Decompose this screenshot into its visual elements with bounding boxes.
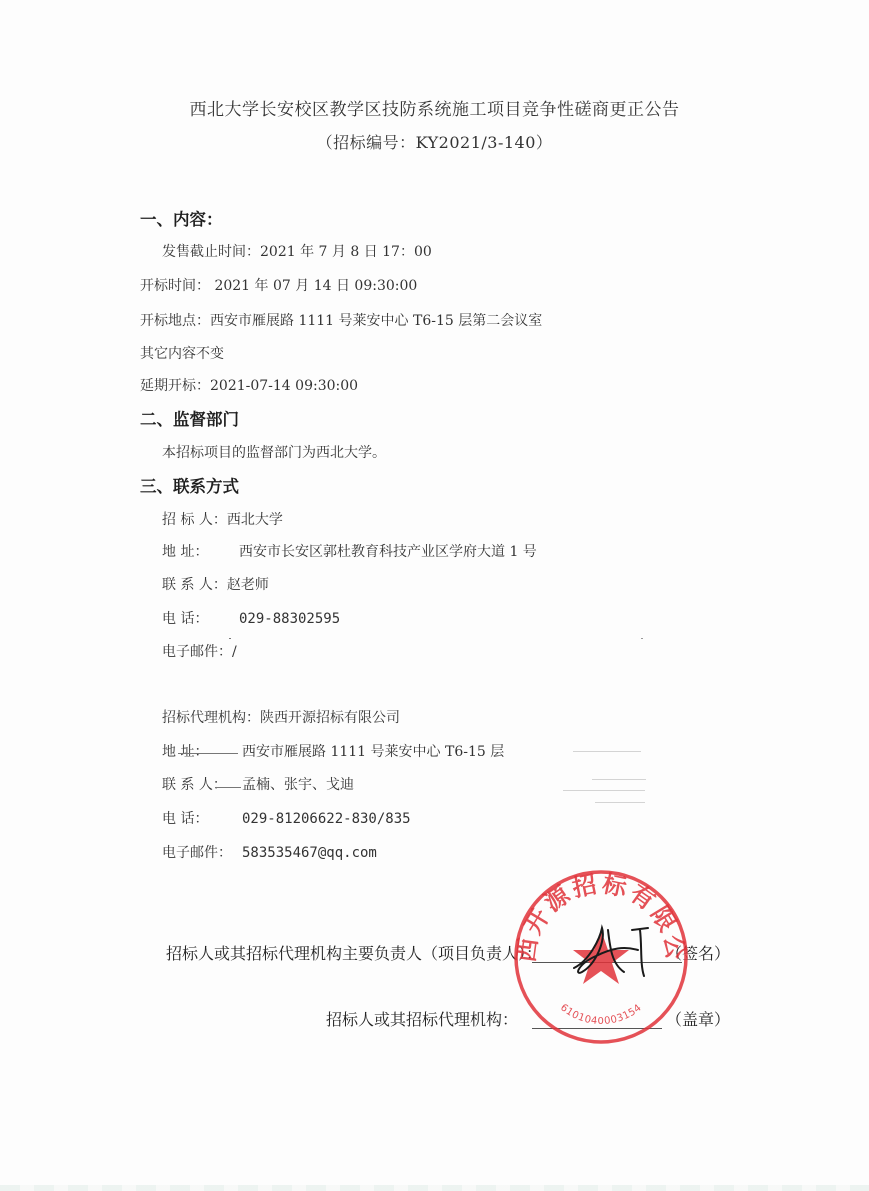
agency-contact-label: 联 系 人： <box>162 774 242 794</box>
tenderer-address: 西安市长安区郭杜教育科技产业区学府大道 1 号 <box>239 544 537 560</box>
agency-contact-row: 联 系 人：孟楠、张宇、戈迪 <box>162 774 354 794</box>
opening-time-line: 开标时间： 2021 年 07 月 14 日 09:30:00 <box>140 275 417 295</box>
tenderer-email-label: 电子邮件： <box>162 641 232 661</box>
agency-email-row: 电子邮件：583535467@qq.com <box>162 842 377 862</box>
scan-bottom-edge <box>0 1185 869 1191</box>
agency-address-row: 地 址：西安市雁展路 1111 号莱安中心 T6-15 层 <box>162 741 504 761</box>
scan-artifact-line <box>563 790 645 791</box>
opening-location-line: 开标地点：西安市雁展路 1111 号莱安中心 T6-15 层第二会议室 <box>140 310 542 330</box>
seal-label: 招标人或其招标代理机构： <box>326 1007 518 1030</box>
tenderer-contact-row: 联 系 人：赵老师 <box>162 574 269 594</box>
tenderer-phone-row: 电 话：029-88302595 <box>162 608 340 628</box>
agency-address: 西安市雁展路 1111 号莱安中心 T6-15 层 <box>242 744 504 760</box>
agency-phone-row: 电 话：029-81206622-830/835 <box>162 808 411 828</box>
agency-email: 583535467@qq.com <box>242 845 377 861</box>
tenderer-name-label: 招 标 人： <box>162 509 227 529</box>
agency-name-label: 招标代理机构： <box>162 707 260 727</box>
agency-phone: 029-81206622-830/835 <box>242 811 411 827</box>
star-icon <box>573 930 629 984</box>
scan-artifact-line <box>573 751 641 752</box>
company-seal-stamp: 陕西开源招标有限公司 6101040003154 <box>512 868 690 1046</box>
supervision-text: 本招标项目的监督部门为西北大学。 <box>162 442 386 462</box>
agency-name: 陕西开源招标有限公司 <box>260 710 400 726</box>
tenderer-contact-label: 联 系 人： <box>162 574 227 594</box>
document-subtitle: （招标编号：KY2021/3-140） <box>0 130 869 153</box>
postponed-opening-line: 延期开标：2021-07-14 09:30:00 <box>140 375 358 395</box>
agency-email-label: 电子邮件： <box>162 842 242 862</box>
tenderer-phone-label: 电 话： <box>162 608 239 628</box>
svg-text:6101040003154: 6101040003154 <box>558 1002 644 1027</box>
tenderer-address-row: 地 址：西安市长安区郭杜教育科技产业区学府大道 1 号 <box>162 541 537 561</box>
section-3-heading: 三、联系方式 <box>140 473 239 497</box>
section-1-heading: 一、内容： <box>140 206 223 230</box>
agency-phone-label: 电 话： <box>162 808 242 828</box>
responsible-person-label: 招标人或其招标代理机构主要负责人（项目负责人）： <box>166 941 542 964</box>
scan-artifact-line <box>595 802 645 803</box>
tenderer-address-label: 地 址： <box>162 541 239 561</box>
scan-artifact-dot <box>229 638 231 639</box>
agency-name-row: 招标代理机构：陕西开源招标有限公司 <box>162 707 400 727</box>
tenderer-phone: 029-88302595 <box>239 611 340 627</box>
tenderer-email-row: 电子邮件：/ <box>162 641 237 661</box>
agency-contact: 孟楠、张宇、戈迪 <box>242 777 354 793</box>
scan-artifact-dot <box>641 638 643 639</box>
tenderer-contact: 赵老师 <box>227 577 269 593</box>
section-2-heading: 二、监督部门 <box>140 406 239 430</box>
other-unchanged-line: 其它内容不变 <box>140 343 224 363</box>
tenderer-email: / <box>232 644 237 660</box>
scan-artifact-line <box>592 779 646 780</box>
document-title: 西北大学长安校区教学区技防系统施工项目竞争性磋商更正公告 <box>0 95 869 120</box>
scan-artifact-line <box>215 787 241 788</box>
sale-deadline-line: 发售截止时间：2021 年 7 月 8 日 17：00 <box>162 241 432 261</box>
tenderer-name-row: 招 标 人：西北大学 <box>162 509 283 529</box>
scan-artifact-line <box>178 753 238 754</box>
tenderer-name: 西北大学 <box>227 512 283 528</box>
agency-address-label: 地 址： <box>162 741 242 761</box>
